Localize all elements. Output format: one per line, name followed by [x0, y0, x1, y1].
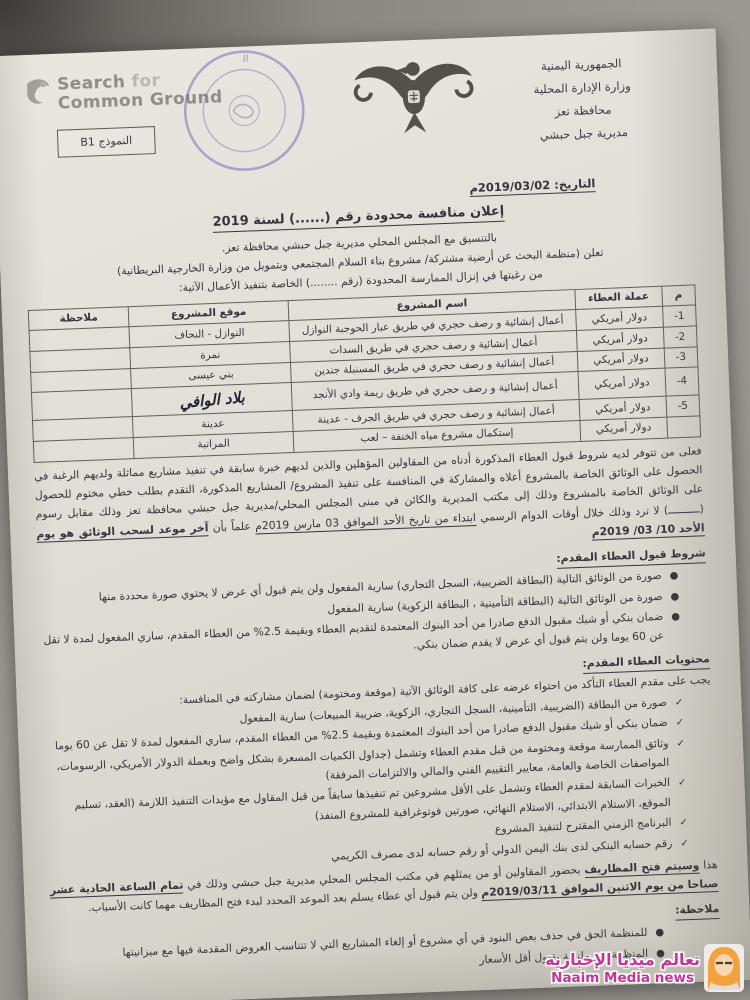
letterhead-header: Search for Common Ground النموذج B1 المج… — [18, 40, 690, 194]
opening-underlined: وسيتم فتح المظاريف — [584, 859, 699, 878]
projects-table: م عملة العطاء اسم المشروع موقع المشروع م… — [28, 284, 701, 462]
bullet-icon: ● — [671, 608, 681, 647]
watermark-avatar — [704, 944, 744, 992]
body-text: علماً بأن — [208, 519, 255, 534]
letterhead-lines: الجمهورية اليمنية وزارة الإدارة المحلية … — [493, 50, 671, 149]
date-line: التاريخ: 2019/03/02م — [469, 173, 596, 199]
check-icon: ✓ — [679, 814, 688, 834]
contents-list: ✓صورة من البطاقة (الضريبية، التأمينية، ا… — [43, 691, 717, 877]
cell-no: 4- — [665, 367, 699, 396]
cell-no: 1- — [662, 305, 696, 327]
bullet-icon: ● — [669, 567, 678, 587]
cell-currency: دولار أمريكي — [578, 368, 666, 399]
handwritten-site-note: بلاد الوافي — [178, 385, 245, 415]
start-date-underlined: ابتداء من تاريخ الأحد الموافق 03 مارس 20… — [255, 511, 476, 534]
cell-no: 3- — [664, 347, 698, 369]
cell-no: 2- — [663, 326, 697, 348]
paper-sheet: Search for Common Ground النموذج B1 المج… — [0, 28, 750, 1000]
check-icon: ✓ — [680, 835, 689, 855]
stamp-text: المجلس المحلي - مديرية جبل حبشي - محافظة… — [176, 42, 249, 68]
watermark-arabic: نعالم ميديا الإخبارية — [545, 950, 700, 970]
cell-currency: دولار أمريكي — [580, 417, 667, 441]
cell-no: 5- — [666, 395, 700, 417]
body-text: هذا — [699, 858, 718, 872]
yemen-eagle-emblem-icon — [348, 52, 479, 143]
svg-text:المجلس المحلي - مديرية جبل حبش: المجلس المحلي - مديرية جبل حبشي - محافظة… — [176, 42, 249, 68]
round-stamp-icon: المجلس المحلي - مديرية جبل حبشي - محافظة… — [176, 42, 313, 179]
bullet-icon: ● — [670, 588, 679, 608]
note-heading: ملاحظة: — [675, 899, 720, 921]
check-icon: ✓ — [675, 714, 684, 734]
col-header-no: م — [661, 285, 695, 307]
check-icon: ✓ — [678, 774, 688, 813]
bullet-icon: ● — [655, 924, 664, 944]
cell-note — [31, 389, 132, 421]
check-icon: ✓ — [675, 694, 684, 714]
check-icon: ✓ — [676, 735, 686, 774]
sfcg-logo-icon — [25, 76, 52, 107]
document-photo: Search for Common Ground النموذج B1 المج… — [0, 0, 750, 1000]
media-watermark: نعالم ميديا الإخبارية Naaim Media news — [545, 944, 744, 992]
cell-note — [33, 438, 134, 462]
body-paragraph: فعلى من تتوفر لديه شروط قبول العطاء المذ… — [34, 441, 705, 564]
watermark-english: Naaim Media news — [545, 970, 700, 987]
cell-no — [666, 416, 700, 438]
form-number-badge: النموذج B1 — [57, 126, 156, 158]
watermark-text: نعالم ميديا الإخبارية Naaim Media news — [545, 950, 700, 987]
